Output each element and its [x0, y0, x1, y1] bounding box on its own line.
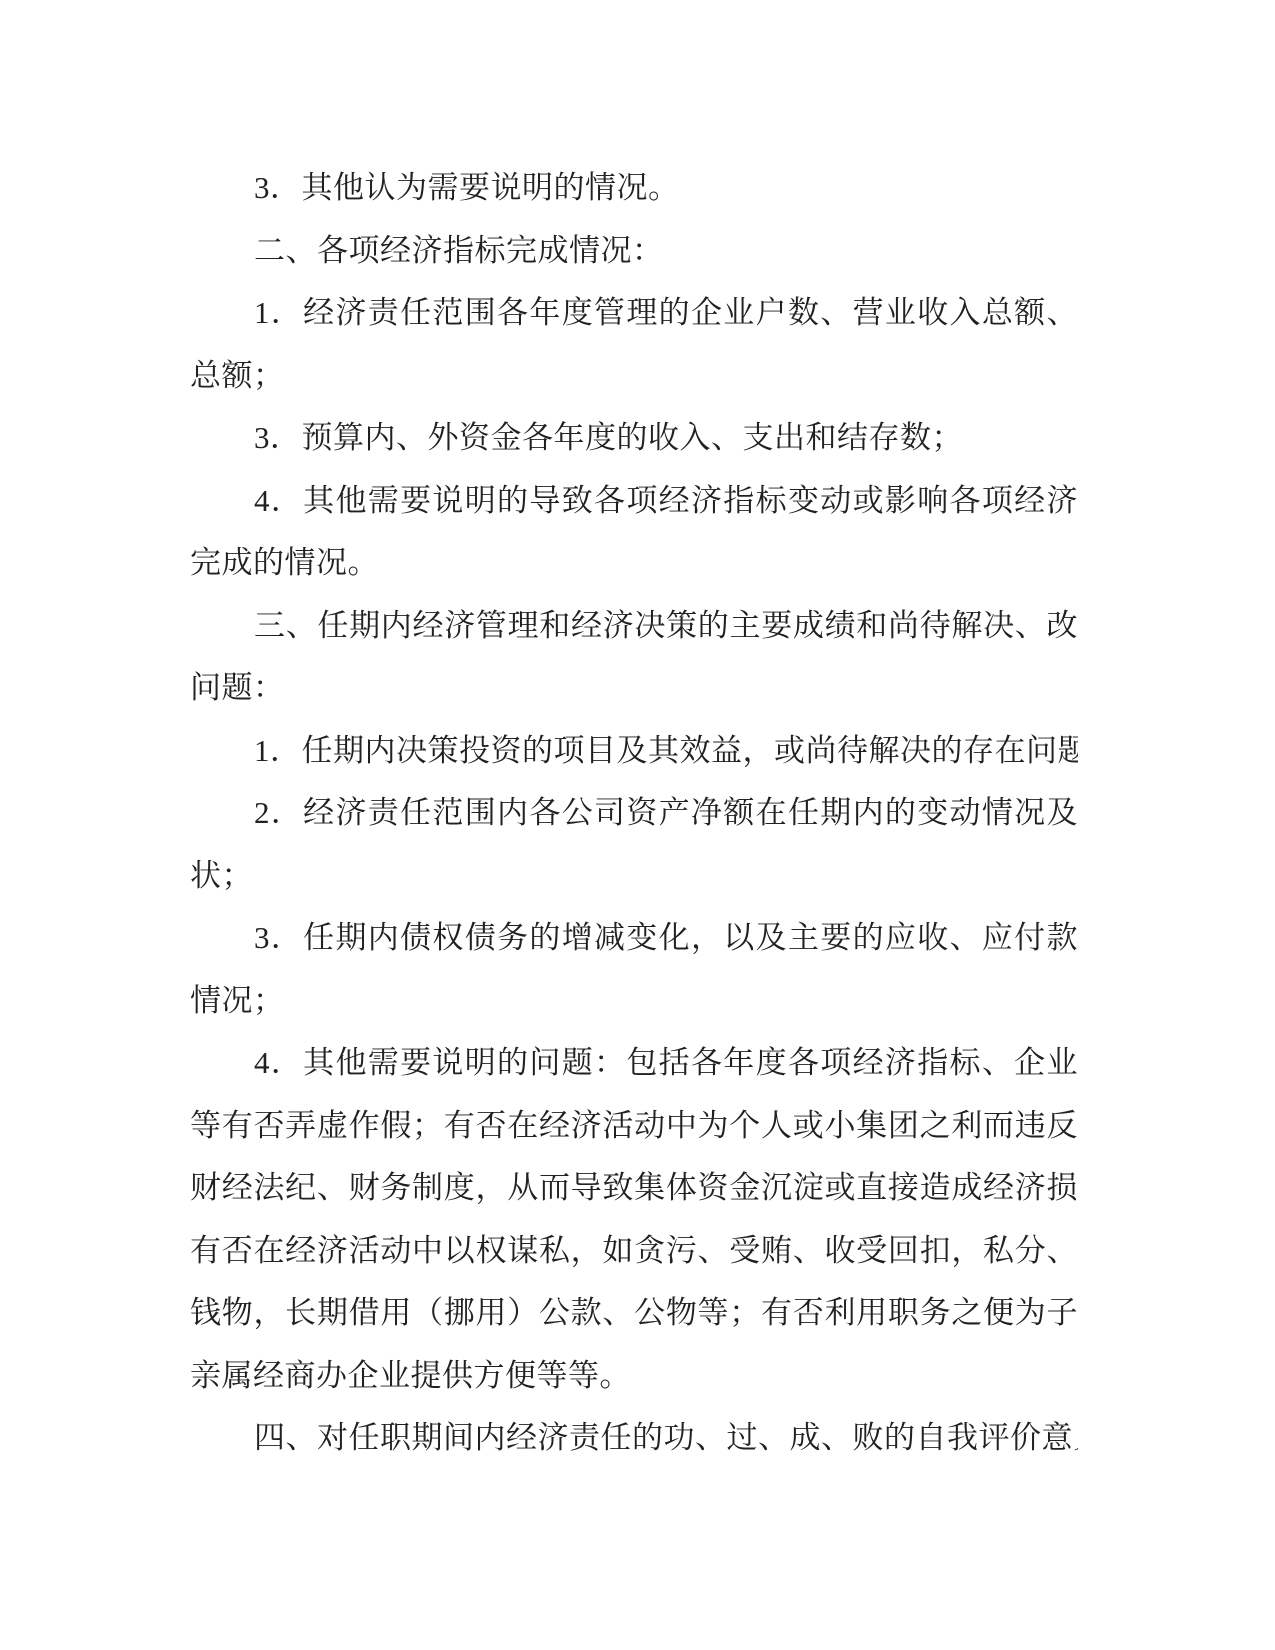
text-line: 有否在经济活动中以权谋私，如贪污、受贿、收受回扣，私分、滥分 — [190, 1220, 1078, 1283]
text-line: 4．其他需要说明的导致各项经济指标变动或影响各项经济指标 — [190, 470, 1078, 533]
text-line: 财经法纪、财务制度，从而导致集体资金沉淀或直接造成经济损失； — [190, 1157, 1078, 1220]
text-line: 情况； — [190, 970, 1078, 1033]
text-line: 4．其他需要说明的问题：包括各年度各项经济指标、企业资产 — [190, 1032, 1078, 1095]
text-line: 3．任期内债权债务的增减变化，以及主要的应收、应付款变动 — [190, 907, 1078, 970]
document-page: 3．其他认为需要说明的情况。二、各项经济指标完成情况：1．经济责任范围各年度管理… — [0, 0, 1275, 1650]
text-line: 2．经济责任范围内各公司资产净额在任期内的变动情况及其现 — [190, 782, 1078, 845]
text-line: 3．其他认为需要说明的情况。 — [190, 157, 1078, 220]
text-line: 总额； — [190, 345, 1078, 408]
text-line: 1．经济责任范围各年度管理的企业户数、营业收入总额、利润 — [190, 282, 1078, 345]
text-line: 问题： — [190, 657, 1078, 720]
document-text-block: 3．其他认为需要说明的情况。二、各项经济指标完成情况：1．经济责任范围各年度管理… — [190, 157, 1078, 1470]
text-line: 二、各项经济指标完成情况： — [190, 220, 1078, 283]
text-line: 状； — [190, 845, 1078, 908]
text-line: 3．预算内、外资金各年度的收入、支出和结存数； — [190, 407, 1078, 470]
text-line: 亲属经商办企业提供方便等等。 — [190, 1345, 1078, 1408]
text-line: 钱物，长期借用（挪用）公款、公物等；有否利用职务之便为子女、 — [190, 1282, 1078, 1345]
text-line: 1．任期内决策投资的项目及其效益，或尚待解决的存在问题； — [190, 720, 1078, 783]
text-line: 完成的情况。 — [190, 532, 1078, 595]
text-line: 等有否弄虚作假；有否在经济活动中为个人或小集团之利而违反国家 — [190, 1095, 1078, 1158]
text-line: 四、对任职期间内经济责任的功、过、成、败的自我评价意见。 — [190, 1407, 1078, 1470]
text-line: 三、任期内经济管理和经济决策的主要成绩和尚待解决、改进的 — [190, 595, 1078, 658]
